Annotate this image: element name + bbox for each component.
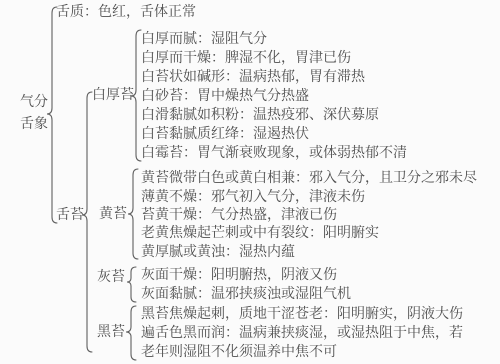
tree-leaf: 黄苔微带白色或黄白相兼：邪入气分，且卫分之邪未尽	[141, 171, 477, 186]
root-label-line1: 气分	[19, 92, 49, 114]
brace-gray-coating	[127, 267, 136, 302]
tree-leaf: 白厚而腻：湿阻气分	[141, 32, 267, 47]
black-coating-label: 黑苔	[97, 325, 125, 340]
tree-leaf: 白砂苔：胃中燥热气分热盛	[141, 89, 309, 104]
tree-leaf: 薄黄不燥：邪气初入气分，津液未伤	[141, 190, 365, 205]
white-thick-coating-label: 白厚苔	[92, 88, 134, 103]
tree-leaf: 老黄焦燥起芒刺或中有裂纹：阳明腑实	[141, 226, 379, 241]
tree-leaf: 苔黄干燥：气分热盛，津液已伤	[141, 208, 337, 223]
tree-leaf: 白厚而干燥：脾湿不化，胃津已伤	[141, 51, 351, 66]
brace-black-coating	[126, 306, 136, 360]
gray-coating-label: 灰苔	[97, 270, 125, 285]
tongue-diagnosis-tree-diagram: 气分 舌象 舌质：色红，舌体正常 舌苔 白厚苔 白厚而腻：湿阻气分 白厚而干燥：…	[0, 0, 500, 364]
tree-leaf: 白苔黏腻质红绛：湿遏热伏	[141, 127, 309, 142]
tongue-quality-text: 舌质：色红，舌体正常	[56, 5, 196, 20]
tree-leaf: 灰面干燥：阳明腑热，阴液又伤	[141, 268, 337, 283]
brace-yellow-coating	[128, 169, 138, 259]
tree-leaf: 黑苔焦燥起刺，质地干涩苍老：阳明腑实，阴液大伤	[141, 307, 463, 322]
tree-leaf: 遍舌色黑而润：温病兼挟痰湿，或湿热阻于中焦，若	[141, 326, 463, 341]
coating-group-label: 舌苔	[56, 208, 84, 223]
tree-leaf: 白霉苔：胃气渐衰败现象，或体弱热郁不清	[141, 146, 407, 161]
tree-leaf: 白苔状如碱形：温病热郁，胃有滞热	[141, 70, 365, 85]
root-label-line2: 舌象	[19, 114, 49, 136]
tree-leaf: 白滑黏腻如积粉：温热疫邪、深伏募原	[141, 108, 379, 123]
root-label: 气分 舌象	[19, 92, 49, 136]
tree-leaf: 灰面黏腻：温邪挟痰浊或湿阻气机	[141, 287, 351, 302]
tree-leaf: 黄厚腻或黄浊：湿热内蕴	[141, 245, 295, 260]
yellow-coating-label: 黄苔	[99, 207, 127, 222]
tree-leaf: 老年则湿阻不化须温养中焦不可	[141, 345, 337, 360]
